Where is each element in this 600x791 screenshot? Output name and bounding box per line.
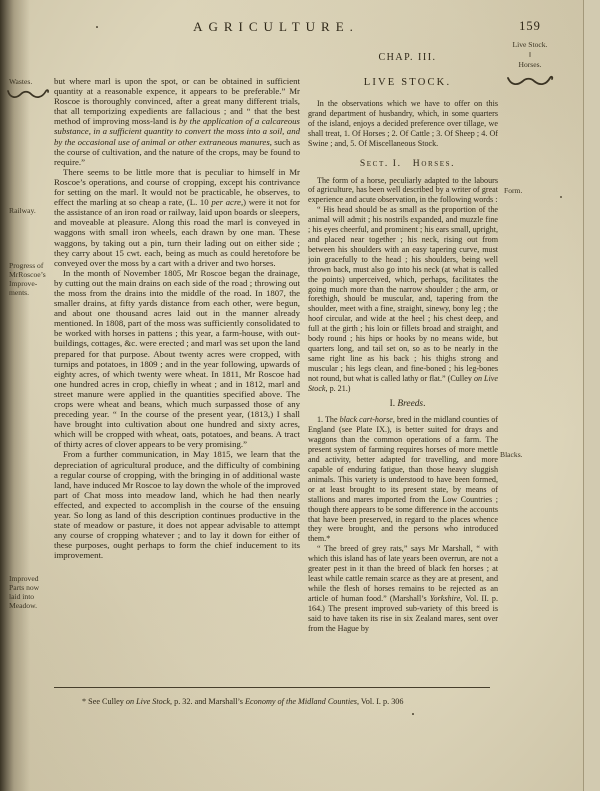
page-right-edge (583, 0, 600, 791)
horse-description-quote: “ His head should be as small as the pro… (308, 205, 498, 393)
footnote-rule (54, 687, 490, 688)
paper-speck (96, 26, 98, 28)
wastes-flourish-icon (6, 87, 50, 105)
paragraph-meadow: From a further communication, in May 181… (54, 449, 300, 560)
margin-note-form: Form. (504, 186, 554, 195)
page-number: 159 (505, 19, 555, 34)
marshall-quote-paragraph: “ The breed of grey rats,” says Mr Marsh… (308, 544, 498, 633)
black-cart-horse-paragraph: 1. The black cart-horse, bred in the mid… (308, 415, 498, 544)
breeds-heading: I. Breeds. (308, 399, 498, 410)
chapter-title: LIVE STOCK. (308, 77, 498, 89)
margin-note-blacks: Blacks. (500, 450, 550, 459)
margin-note-improved: Improved Parts now laid into Meadow. (9, 574, 57, 610)
horses-flourish-icon (506, 73, 554, 92)
form-paragraph: The form of a horse, peculiarly adapted … (308, 176, 498, 206)
paragraph-progress: In the month of November 1805, Mr Roscoe… (54, 268, 300, 450)
binding-shadow (0, 0, 30, 791)
paragraph-railway: There seems to be little more that is pe… (54, 167, 300, 268)
left-column: but where marl is upon the spot, or can … (54, 76, 300, 677)
paper-speck (560, 196, 562, 198)
margin-note-livestock-horses: Live Stock. ‖ Horses. (502, 40, 558, 70)
paragraph-marl: but where marl is upon the spot, or can … (54, 76, 300, 167)
right-column: CHAP. III. LIVE STOCK. In the observatio… (308, 52, 498, 676)
intro-paragraph: In the observations which we have to off… (308, 99, 498, 149)
section-heading: Sect. I. Horses. (308, 158, 498, 169)
margin-note-progress: Progress of MrRoscoe’s Improve- ments. (9, 261, 57, 297)
margin-note-railway: Railway. (9, 206, 55, 215)
paper-speck (412, 713, 414, 715)
running-head: AGRICULTURE. (54, 19, 498, 35)
footnote: * See Culley on Live Stock, p. 32. and M… (82, 697, 498, 707)
margin-note-wastes: Wastes. (9, 77, 55, 86)
chapter-heading: CHAP. III. (308, 52, 498, 64)
